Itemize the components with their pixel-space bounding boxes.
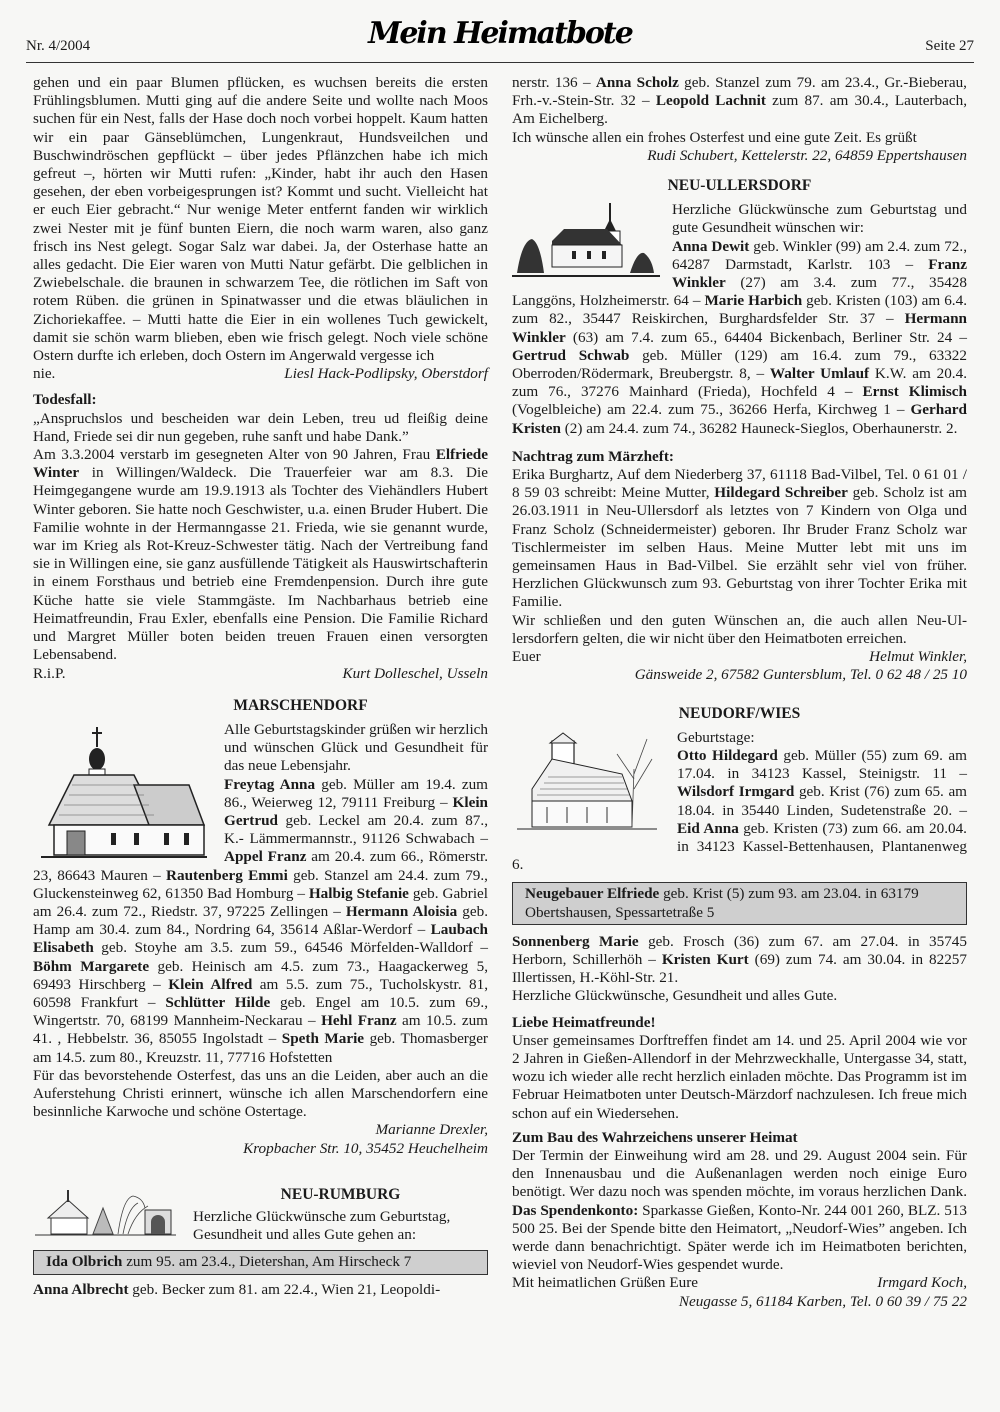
page-number: Seite 27: [925, 38, 974, 55]
section-title-marschendorf: MARSCHENDORF: [33, 697, 488, 715]
bau-signature-row: Mit heimatlichen Grüßen Eure Irmgard Koc…: [512, 1274, 967, 1292]
section-title-neu-ullersdorf: NEU-ULLERSDORF: [512, 177, 967, 195]
right-column: nerstr. 136 – Anna Scholz geb. Stanzel z…: [512, 74, 967, 1311]
obituary-signature: Kurt Dolleschel, Usseln: [342, 665, 488, 683]
bau-text: Der Termin der Einweihung wird am 28. un…: [512, 1147, 967, 1274]
bau-heading: Zum Bau des Wahrzeichens unserer Heimat: [512, 1129, 967, 1147]
story-signature-row: nie. Liesl Hack-Podlipsky, Oberstdorf: [33, 365, 488, 383]
neu-ullersdorf-section: Herzliche Glückwünsche zum Geburtstag un…: [512, 201, 967, 438]
nachtrag-heading: Nachtrag zum Märzheft:: [512, 448, 967, 466]
neu-rumburg-signature: Rudi Schubert, Kettelerstr. 22, 64859 Ep…: [512, 147, 967, 165]
page-header: Nr. 4/2004 Mein Heimatbote Seite 27: [26, 0, 974, 63]
nachtrag-signature-row: Euer Helmut Winkler,: [512, 648, 967, 666]
church-illustration-marschendorf: [39, 725, 214, 865]
section-title-neudorf-wies: NEUDORF/WIES: [512, 705, 967, 723]
masthead-title: Mein Heimatbote: [368, 16, 632, 51]
easter-story: gehen und ein paar Blumen pflücken, es w…: [33, 74, 488, 365]
highlight-box-neugebauer-elfriede: Neugebauer Elfriede geb. Krist (5) zum 9…: [512, 882, 967, 924]
nachtrag-signature-address: Gänsweide 2, 67582 Guntersblum, Tel. 0 6…: [512, 666, 967, 684]
neu-rumburg-section: NEU-RUMBURG Herzliche Glückwünsche zum G…: [33, 1186, 488, 1299]
neu-rumburg-continued: nerstr. 136 – Anna Scholz geb. Stanzel z…: [512, 74, 967, 129]
bau-signature-address: Neugasse 5, 61184 Karben, Tel. 0 60 39 /…: [512, 1293, 967, 1311]
marschendorf-section: Alle Geburtstagskinder grüßen wir herz­l…: [33, 721, 488, 1158]
church-illustration-neu-ullersdorf: [512, 201, 662, 283]
church-illustration-neudorf-wies: [512, 729, 667, 839]
nachtrag-text: Erika Burghartz, Auf dem Niederberg 37, …: [512, 466, 967, 612]
bau-signature-name: Irmgard Koch,: [877, 1274, 967, 1292]
left-column: gehen und ein paar Blumen pflücken, es w…: [33, 74, 488, 1299]
neu-rumburg-entry: Anna Albrecht geb. Becker zum 81. am 22.…: [33, 1281, 488, 1299]
marschendorf-closing: Für das bevorstehende Osterfest, das uns…: [33, 1067, 488, 1122]
liebe-heimatfreunde-text: Unser gemeinsames Dorftreffen findet am …: [512, 1032, 967, 1123]
marschendorf-signature-name: Marianne Drexler,: [33, 1121, 488, 1139]
neudorf-wies-section: Geburtstage: Otto Hildegard geb. Müller …: [512, 729, 967, 1006]
highlight-box-ida-olbrich: Ida Olbrich zum 95. am 23.4., Dietershan…: [33, 1250, 488, 1274]
death-heading: Todesfall:: [33, 391, 488, 409]
obituary-text: Am 3.3.2004 verstarb im gesegneten Alter…: [33, 446, 488, 664]
neu-rumburg-wish: Ich wünsche allen ein frohes Osterfest u…: [512, 129, 967, 147]
issue-number: Nr. 4/2004: [26, 38, 90, 55]
neudorf-more-birthdays: Sonnenberg Marie geb. Frosch (36) zum 67…: [512, 933, 967, 988]
nachtrag-closing: Wir schließen und den guten Wünschen an,…: [512, 612, 967, 648]
neudorf-wishes: Herzliche Glückwünsche, Gesundheit und a…: [512, 987, 967, 1005]
liebe-heimatfreunde-heading: Liebe Heimatfreunde!: [512, 1014, 967, 1032]
marschendorf-signature-address: Kropbacher Str. 10, 35452 Heuchelheim: [33, 1140, 488, 1158]
nachtrag-signature-name: Helmut Winkler,: [869, 648, 967, 666]
story-signature: Liesl Hack-Podlipsky, Oberstdorf: [284, 365, 488, 383]
church-illustration-neu-rumburg: [33, 1188, 183, 1240]
death-quote: „Anspruchslos und bescheiden war dein Le…: [33, 410, 488, 446]
obituary-signature-row: R.i.P. Kurt Dolleschel, Usseln: [33, 665, 488, 683]
